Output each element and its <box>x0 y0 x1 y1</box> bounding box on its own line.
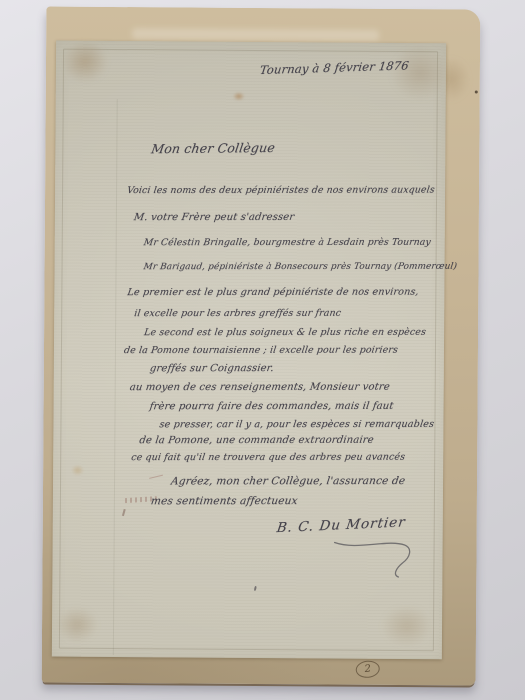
letter-body-line: Mr Barigaud, pépiniériste à Bonsecours p… <box>143 262 458 273</box>
letter-salutation: Mon cher Collègue <box>150 140 276 156</box>
letter-body-line: ce qui fait qu'il ne trouvera que des ar… <box>130 452 405 463</box>
letter-body-line: frère pourra faire des commandes, mais i… <box>149 401 394 412</box>
stain-bottom-right <box>381 605 433 647</box>
cardboard-mount: Tournay à 8 février 1876 Mon cher Collèg… <box>42 6 481 685</box>
letter-paper: Tournay à 8 février 1876 Mon cher Collèg… <box>52 41 446 660</box>
spot-left-margin <box>71 465 84 476</box>
photo-background: Tournay à 8 février 1876 Mon cher Collèg… <box>0 0 525 700</box>
fleck-mount-edge <box>475 90 478 93</box>
letter-body-line: de la Pomone tournaisienne ; il excelle … <box>123 345 398 356</box>
spot-upper-middle <box>233 92 245 101</box>
letter-body-line: se presser, car il y a, pour les espèces… <box>159 419 435 430</box>
stain-bottom-left <box>56 607 98 643</box>
page-number-annotation: 2 <box>355 660 381 679</box>
letter-body-line: Le premier est le plus grand pépiniérist… <box>127 287 420 298</box>
letter-body-line: Le second est le plus soigneux & le plus… <box>143 327 426 338</box>
letter-body-line: Mr Célestin Bringalle, bourgmestre à Les… <box>143 237 432 248</box>
letter-body-line: greffés sur Coignassier. <box>149 363 274 374</box>
signature-paraph <box>332 537 422 580</box>
letter-closing-line: mes sentiments affectueux <box>150 495 298 507</box>
stain-top-right <box>390 45 450 101</box>
letter-body-line: de la Pomone, une commande extraordinair… <box>139 435 375 446</box>
letter-body-line: Voici les noms des deux pépiniéristes de… <box>126 185 435 197</box>
light-reflection <box>132 28 379 41</box>
stain-top-left <box>62 41 108 83</box>
letter-body-line: au moyen de ces renseignements, Monsieur… <box>129 382 391 393</box>
letter-body-line: M. votre Frère peut s'adresser <box>133 212 295 223</box>
letter-body-line: il excelle pour les arbres greffés sur f… <box>133 308 341 319</box>
letter-closing-line: Agréez, mon cher Collègue, l'assurance d… <box>170 475 406 487</box>
